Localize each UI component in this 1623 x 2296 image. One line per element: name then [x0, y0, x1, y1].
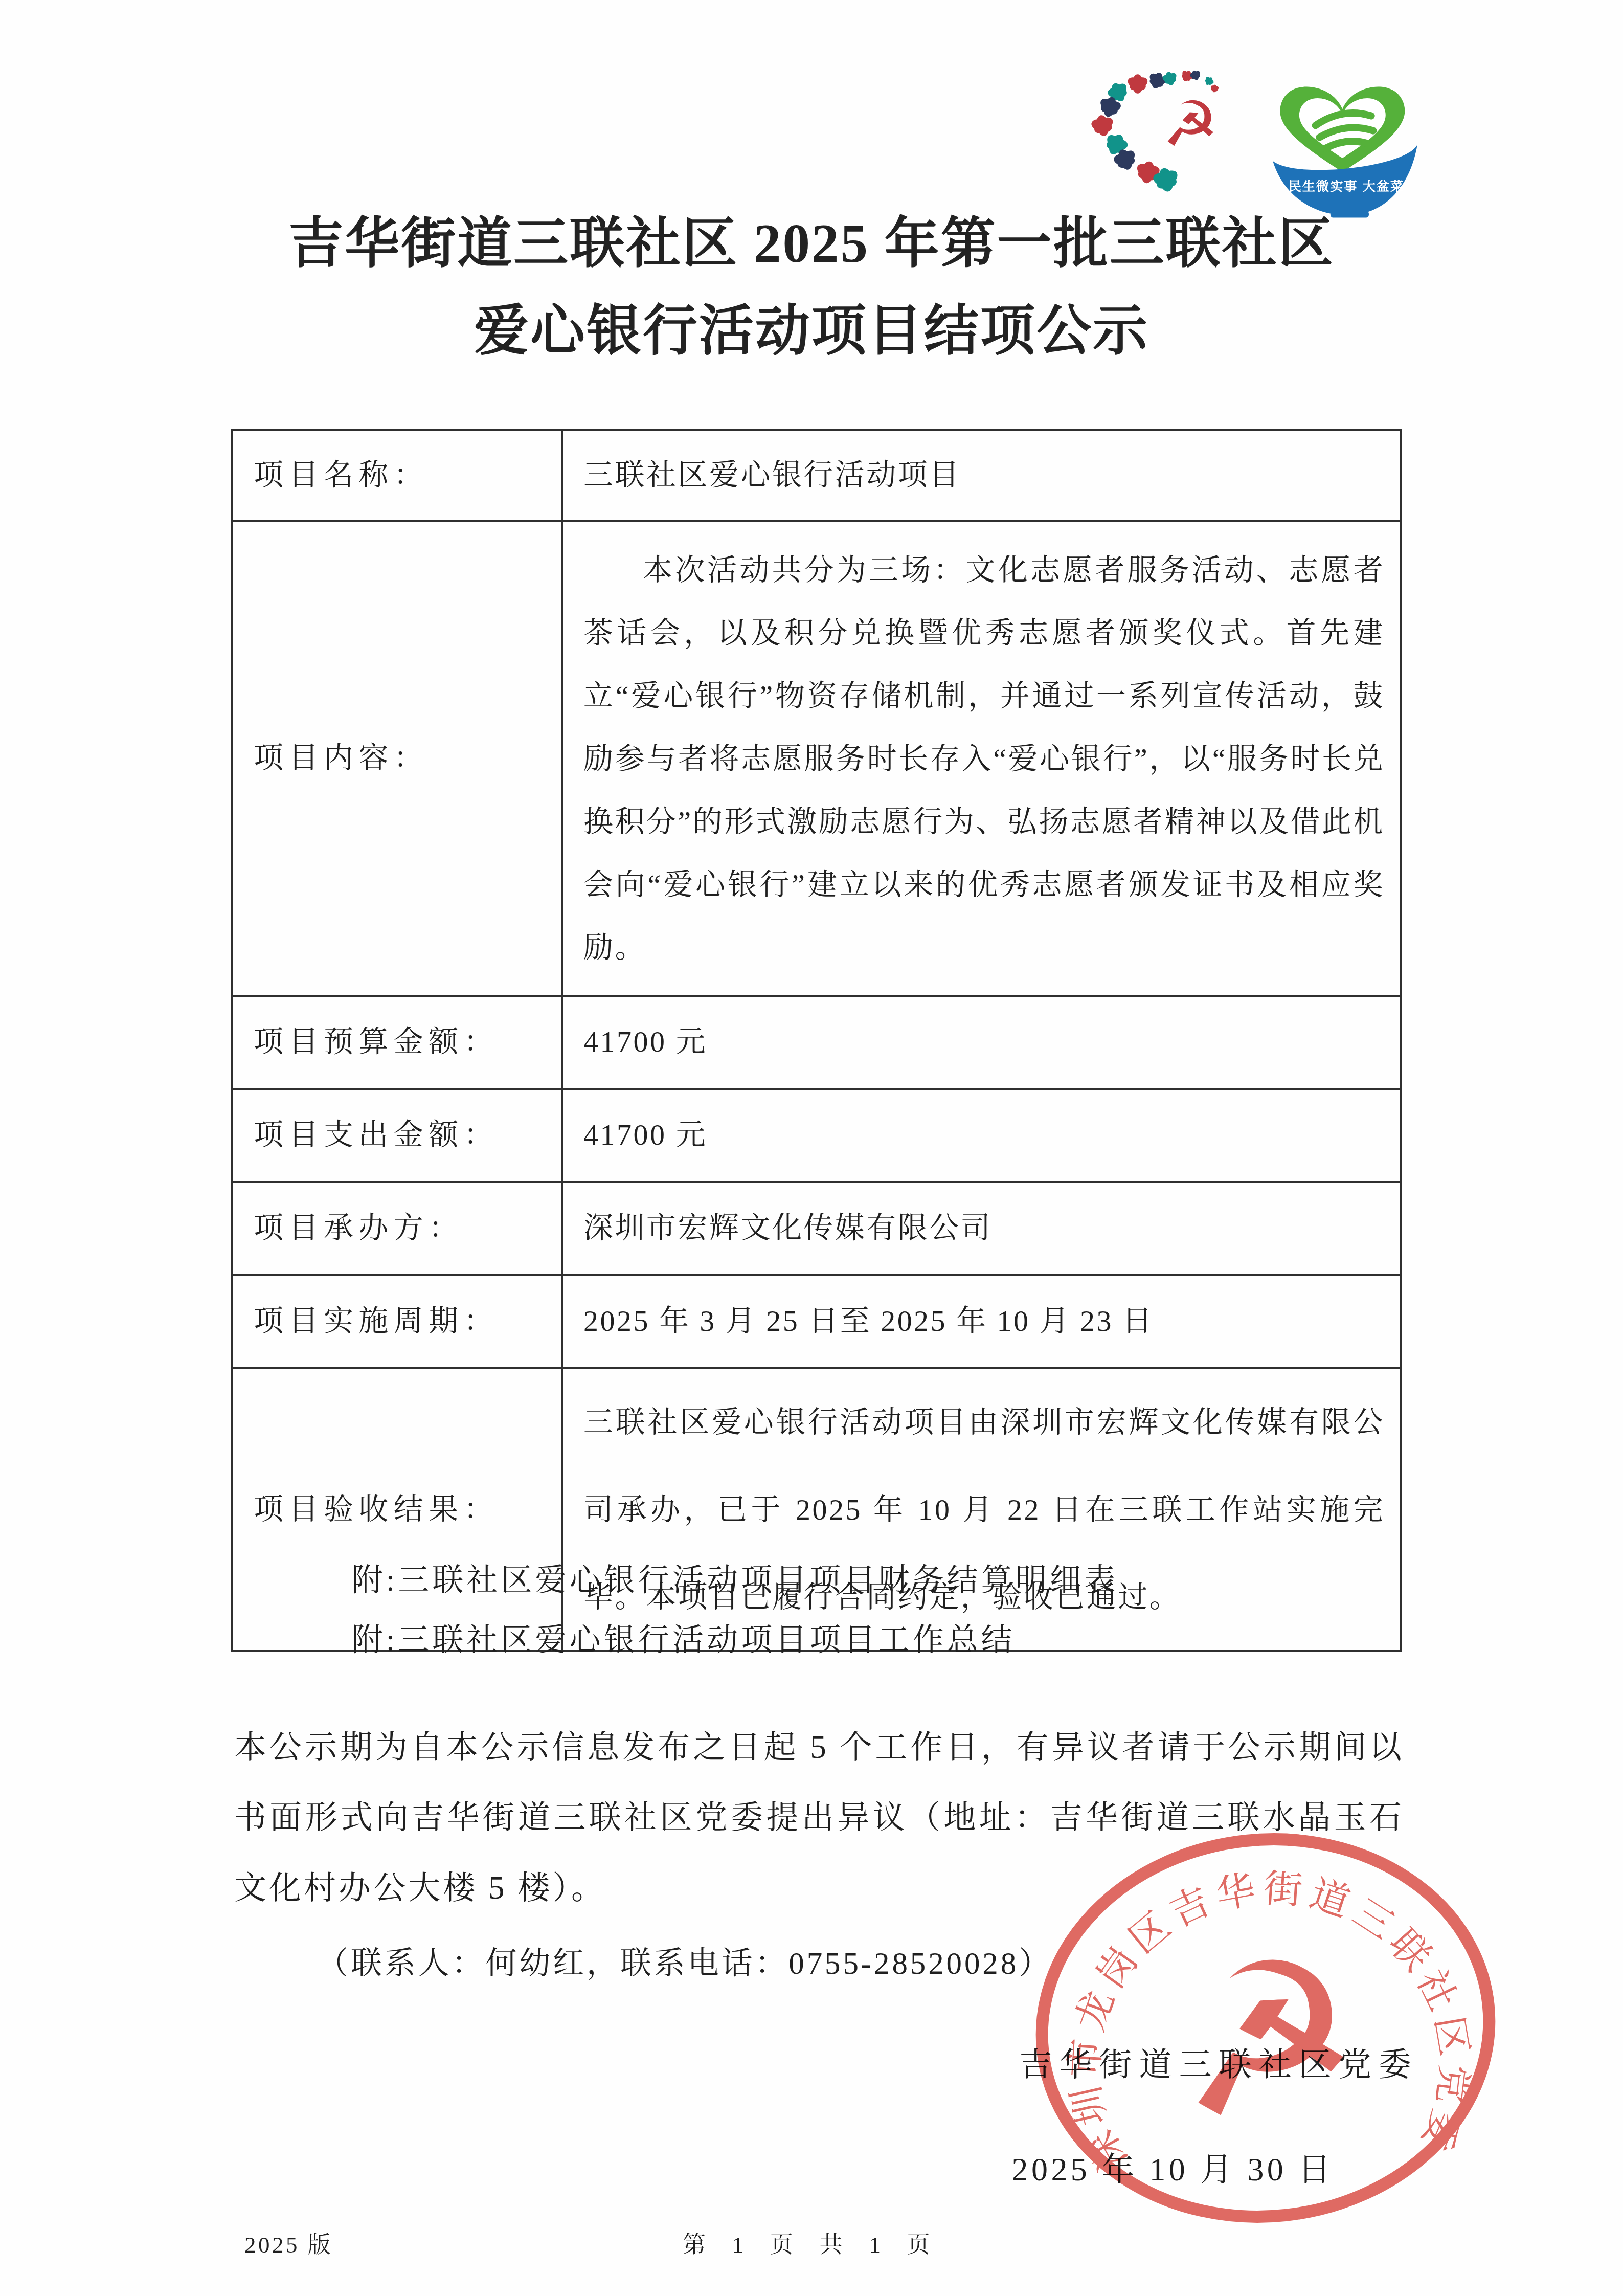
- row-label: 项目预算金额：: [232, 996, 562, 1089]
- signature-org: 吉华街道三联社区党委: [1019, 2038, 1418, 2085]
- table-row: 项目名称： 三联社区爱心银行活动项目: [232, 430, 1401, 521]
- attachment-line: 附:三联社区爱心银行活动项目项目工作总结: [352, 1611, 1118, 1670]
- contact-line: （联系人：何幼红，联系电话：0755-28520028）: [317, 1938, 1052, 1983]
- hammer-sickle-icon: ☭: [1163, 88, 1219, 161]
- notice-document-page: ☭ 民生微实事 大盆菜 吉华街道三联社区 2025 年第一批三联社区 爱心银行活…: [0, 0, 1623, 2296]
- bowl-slogan-text: 民生微实事 大盆菜: [1288, 180, 1404, 194]
- row-value: 本次活动共分为三场：文化志愿者服务活动、志愿者茶话会，以及积分兑换暨优秀志愿者颁…: [562, 521, 1401, 996]
- table-row: 项目预算金额： 41700 元: [232, 996, 1401, 1089]
- footer-page-number: 第 1 页 共 1 页: [0, 2226, 1623, 2259]
- row-label: 项目名称：: [232, 430, 562, 521]
- row-value: 41700 元: [562, 996, 1401, 1089]
- table-row: 项目承办方： 深圳市宏辉文化传媒有限公司: [232, 1182, 1401, 1275]
- table-row: 项目实施周期： 2025 年 3 月 25 日至 2025 年 10 月 23 …: [232, 1275, 1401, 1368]
- row-label: 项目实施周期：: [232, 1275, 562, 1368]
- row-value: 2025 年 3 月 25 日至 2025 年 10 月 23 日: [562, 1275, 1401, 1368]
- row-label: 项目承办方：: [232, 1182, 562, 1275]
- row-label: 项目内容：: [232, 521, 562, 996]
- row-value: 41700 元: [562, 1089, 1401, 1182]
- page-title-line1: 吉华街道三联社区 2025 年第一批三联社区: [0, 200, 1623, 288]
- page-title: 吉华街道三联社区 2025 年第一批三联社区 爱心银行活动项目结项公示: [0, 200, 1623, 375]
- public-notice-paragraph: 本公示期为自本公示信息发布之日起 5 个工作日，有异议者请于公示期间以书面形式向…: [234, 1712, 1404, 1923]
- row-label: 项目支出金额：: [232, 1089, 562, 1182]
- project-content-text: 本次活动共分为三场：文化志愿者服务活动、志愿者茶话会，以及积分兑换暨优秀志愿者颁…: [583, 539, 1385, 979]
- row-value: 深圳市宏辉文化传媒有限公司: [562, 1182, 1401, 1275]
- row-value: 三联社区爱心银行活动项目: [562, 430, 1401, 521]
- attachments-list: 附:三联社区爱心银行活动项目项目财务结算明细表 附:三联社区爱心银行活动项目项目…: [352, 1551, 1118, 1670]
- minsheng-dapencai-logo-icon: 民生微实事 大盆菜: [1266, 66, 1424, 220]
- page-title-line2: 爱心银行活动项目结项公示: [0, 288, 1623, 375]
- signature-date: 2025 年 10 月 30 日: [1012, 2143, 1334, 2190]
- attachment-line: 附:三联社区爱心银行活动项目项目财务结算明细表: [352, 1551, 1118, 1611]
- table-row: 项目内容： 本次活动共分为三场：文化志愿者服务活动、志愿者茶话会，以及积分兑换暨…: [232, 521, 1401, 996]
- table-row: 项目支出金额： 41700 元: [232, 1089, 1401, 1182]
- project-info-table: 项目名称： 三联社区爱心银行活动项目 项目内容： 本次活动共分为三场：文化志愿者…: [231, 429, 1402, 1652]
